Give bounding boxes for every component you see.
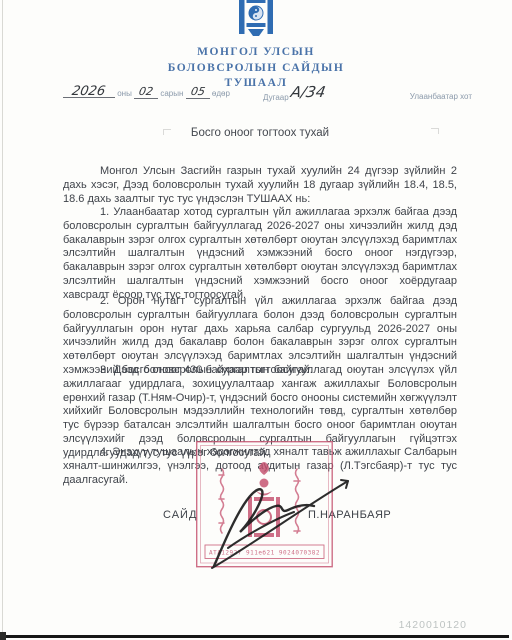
- scan-edge-bottom: [0, 635, 509, 638]
- scanned-decree-page: МОНГОЛ УЛСЫН БОЛОВСРОЛЫН САЙДЫН ТУШААЛ 2…: [0, 0, 512, 640]
- signer-role-label: САЙД: [163, 509, 197, 521]
- year-label: оны: [117, 89, 132, 98]
- day-label: өдөр: [212, 89, 230, 98]
- handwritten-number: А/34: [289, 83, 327, 101]
- document-number-field: Дугаар А/34: [263, 86, 325, 104]
- month-label: сарын: [160, 89, 183, 98]
- org-line-1: МОНГОЛ УЛСЫН: [0, 45, 512, 61]
- date-year-field: 2026 оны 02 сарын 05 өдөр: [63, 86, 230, 100]
- decree-preamble: Монгол Улсын Засгийн газрын тухай хуулий…: [63, 165, 457, 206]
- decree-clause-4: 4. Энэхүү тушаалын хэрэгжилтэд хяналт та…: [63, 446, 457, 487]
- scan-edge-left: [2, 0, 3, 640]
- handwritten-month: 02: [138, 86, 154, 97]
- signer-name-label: П.НАРАНБАЯР: [308, 509, 391, 521]
- scan-corner-mark: [0, 632, 6, 640]
- soyombo-emblem-icon: [238, 0, 274, 47]
- date-number-line: 2026 оны 02 сарын 05 өдөр Дугаар А/34 Ул…: [63, 86, 472, 106]
- decree-clause-1: 1. Улаанбаатар хотод сургалтын үйл ажилл…: [63, 206, 457, 303]
- number-label: Дугаар: [263, 93, 289, 102]
- footer-document-number: 1420010120: [399, 619, 467, 631]
- city-label: Улаанбаатар хот: [410, 92, 472, 101]
- org-line-2: БОЛОВСРОЛЫН САЙДЫН: [0, 61, 512, 77]
- decree-title: Босго оноог тогтоох тухай: [63, 127, 457, 139]
- handwritten-day: 05: [190, 86, 206, 97]
- handwritten-year: 2026: [71, 86, 106, 97]
- stamp-serial-text: АТА12927 911еб21 9024070382: [209, 550, 320, 557]
